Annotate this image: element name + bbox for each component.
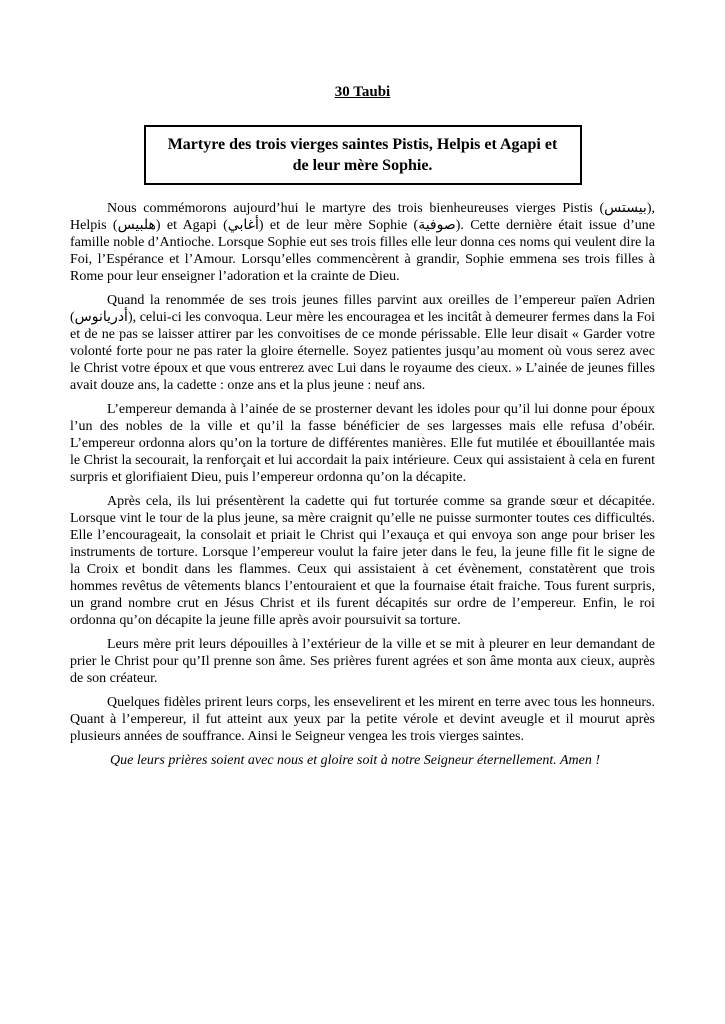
paragraph-mother-mourning: Leurs mère prit leurs dépouilles à l’ext… [70,636,655,687]
paragraph-burial-vengeance: Quelques fidèles prirent leurs corps, le… [70,694,655,745]
paragraph-commemoration: Nous commémorons aujourd’hui le martyre … [70,200,655,285]
title-box: Martyre des trois vierges saintes Pistis… [144,125,582,185]
page-header: 30 Taubi [70,83,655,101]
paragraph-emperor-summons: Quand la renommée de ses trois jeunes fi… [70,292,655,394]
closing-prayer: Que leurs prières soient avec nous et gl… [70,752,655,769]
document-body: Nous commémorons aujourd’hui le martyre … [70,200,655,769]
document-title: Martyre des trois vierges saintes Pistis… [150,134,576,176]
paragraph-eldest-torture: L’empereur demanda à l’ainée de se prost… [70,401,655,486]
paragraph-younger-sisters: Après cela, ils lui présentèrent la cade… [70,493,655,629]
document-page: 30 Taubi Martyre des trois vierges saint… [0,0,725,1024]
